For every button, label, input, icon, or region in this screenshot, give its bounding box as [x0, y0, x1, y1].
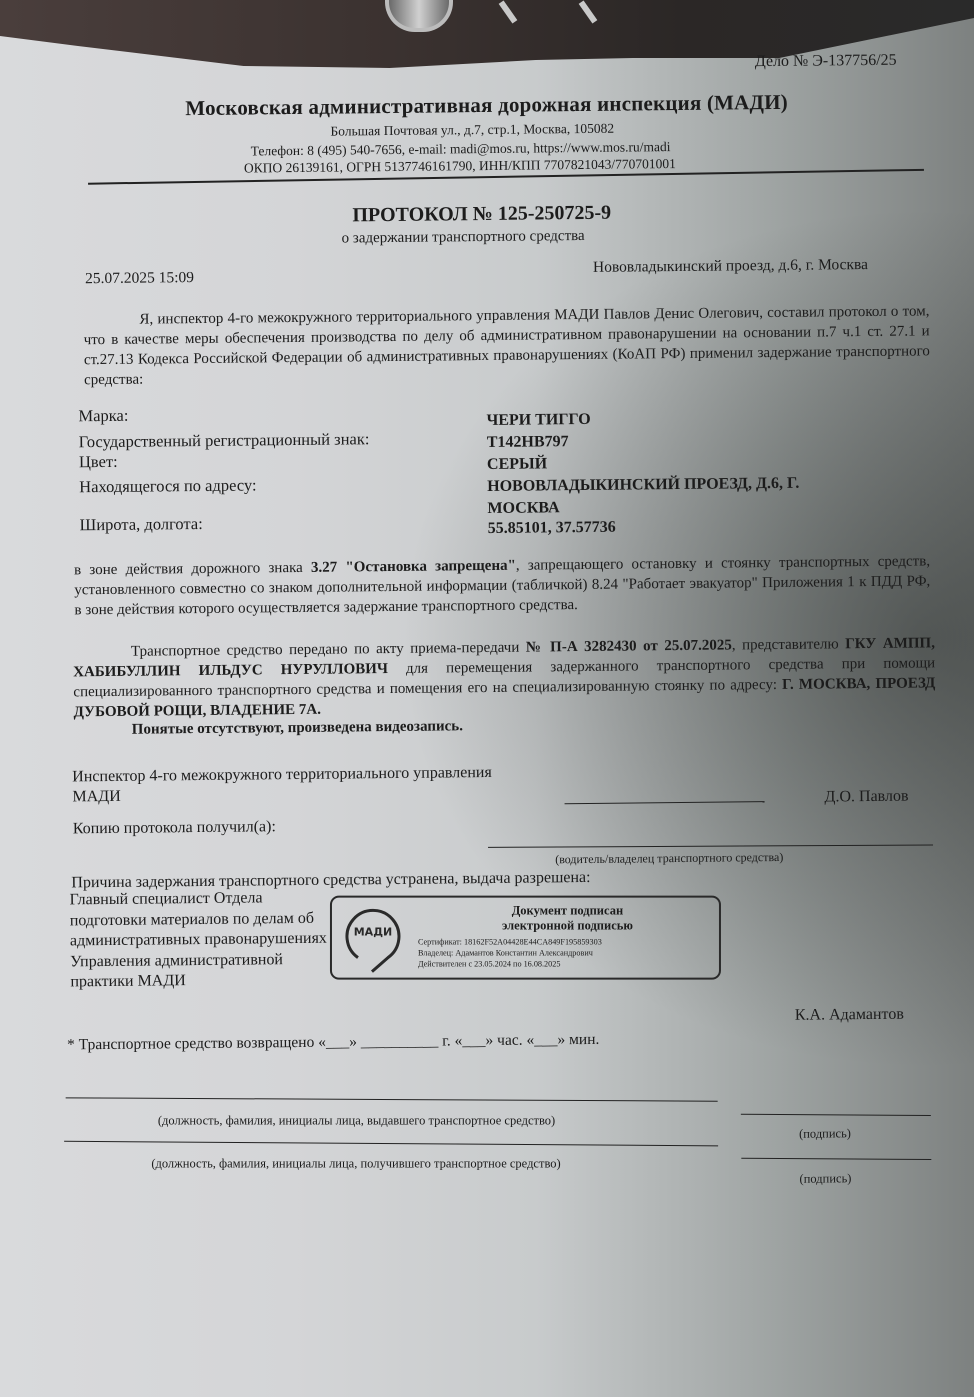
field-value-address: НОВОВЛАДЫКИНСКИЙ ПРОЕЗД, Д.6, Г. [487, 475, 799, 496]
field-value-make: ЧЕРИ ТИГГО [486, 411, 590, 430]
copy-signature-line [488, 845, 933, 848]
e-signature-stamp: МАДИ Документ подписан электронной подпи… [330, 896, 721, 980]
issuer-signature-line [741, 1114, 931, 1116]
witnesses-note: Понятые отсутствуют, произведена видеоза… [132, 718, 463, 738]
protocol-title: ПРОТОКОЛ № 125-250725-9 [352, 202, 611, 228]
field-label-make: Марка: [78, 406, 128, 427]
receiver-signature-caption: (подпись) [799, 1171, 851, 1187]
transfer-text-2: , представителю [732, 636, 846, 653]
field-label-color: Цвет: [79, 452, 118, 472]
chief-title: Главный специалист Отдела подготовки мат… [69, 888, 330, 993]
protocol-document: Дело № Э-137756/25 Московская администра… [0, 0, 974, 1397]
intro-paragraph: Я, инспектор 4-го межокружного территори… [83, 301, 930, 390]
field-value-color: СЕРЫЙ [487, 455, 547, 474]
inspector-signature-line [565, 801, 765, 804]
field-label-coordinates: Широта, долгота: [80, 514, 203, 535]
protocol-datetime: 25.07.2025 15:09 [85, 269, 194, 288]
inspector-title: Инспектор 4-го межокружного территориаль… [72, 763, 492, 807]
zone-text: в зоне действия дорожного знака [74, 560, 311, 578]
certificate-validity: Действителен с 23.05.2024 по 16.08.2025 [418, 960, 560, 969]
field-value-plate: Т142НВ797 [487, 433, 569, 452]
zone-paragraph: в зоне действия дорожного знака 3.27 "Ос… [74, 551, 931, 620]
inspector-name: Д.О. Павлов [824, 788, 908, 807]
receiver-caption: (должность, фамилия, инициалы лица, полу… [151, 1156, 560, 1171]
protocol-subtitle: о задержании транспортного средства [342, 228, 585, 248]
e-signature-heading-1: Документ подписан [502, 904, 633, 919]
e-signature-heading: Документ подписан электронной подписью [502, 904, 633, 934]
transfer-act-number: № П-А 3282430 от 25.07.2025 [526, 637, 732, 655]
transfer-paragraph: Транспортное средство передано по акту п… [73, 633, 936, 722]
case-number: Дело № Э-137756/25 [755, 52, 897, 71]
field-label-address: Находящегося по адресу: [79, 475, 257, 497]
certificate-owner: Владелец: Адамантов Константин Александр… [418, 949, 593, 958]
vehicle-returned-line: * Транспортное средство возвращено «___»… [67, 1031, 599, 1055]
certificate-id: Сертификат: 18162F52A04428E44CA849F19585… [418, 938, 602, 947]
field-label-plate: Государственный регистрационный знак: [79, 429, 370, 452]
issuer-caption: (должность, фамилия, инициалы лица, выда… [158, 1113, 555, 1128]
svg-text:МАДИ: МАДИ [354, 926, 392, 939]
protocol-place: Нововладыкинский проезд, д.6, г. Москва [593, 256, 868, 277]
issuer-signature-caption: (подпись) [799, 1126, 851, 1142]
copy-caption: (водитель/владелец транспортного средств… [555, 850, 783, 867]
e-signature-heading-2: электронной подписью [502, 919, 633, 934]
field-value-coordinates: 55.85101, 37.57736 [488, 519, 616, 538]
madi-logo-icon: МАДИ [342, 902, 404, 974]
road-sign-ref: 3.27 "Остановка запрещена" [311, 558, 516, 576]
transfer-text: Транспортное средство передано по акту п… [131, 640, 526, 660]
chief-name: К.А. Адамантов [795, 1006, 904, 1025]
organization-name: Московская административная дорожная инс… [185, 90, 788, 121]
receiver-line [64, 1141, 718, 1147]
receiver-signature-line [741, 1158, 931, 1160]
copy-received-label: Копию протокола получил(а): [73, 818, 276, 838]
organization-address: Большая Почтовая ул., д.7, стр.1, Москва… [330, 121, 614, 140]
field-value-address-cont: МОСКВА [487, 499, 559, 518]
issuer-line [66, 1097, 718, 1101]
